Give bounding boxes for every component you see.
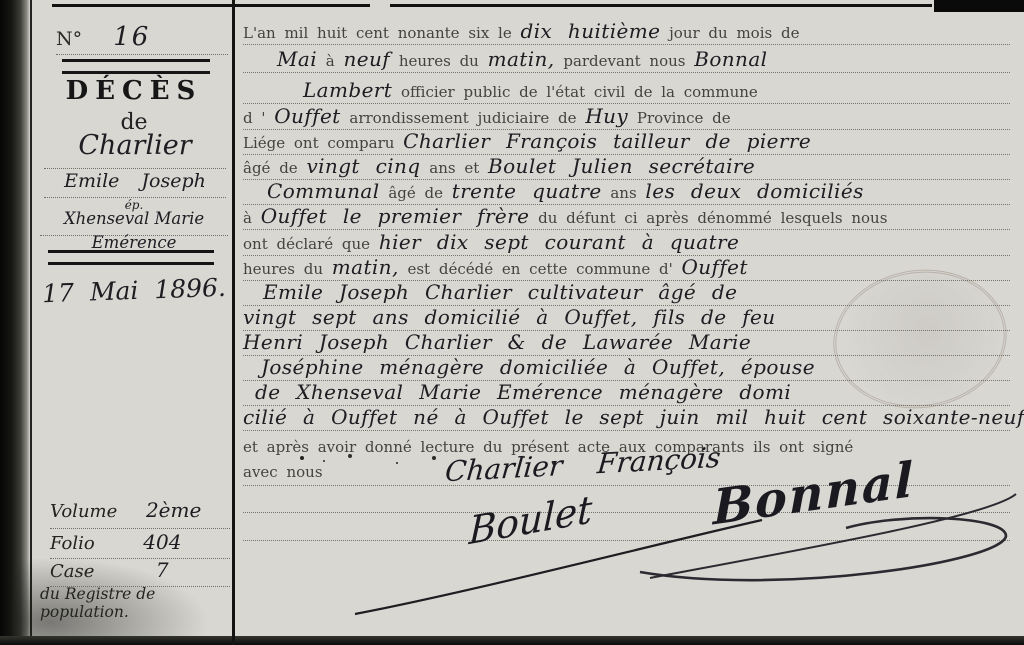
handwritten-entry: Henri Joseph Charlier & de Lawarée Marie — [243, 330, 751, 354]
handwritten-entry: de Xhenseval Marie Emérence ménagère dom… — [255, 380, 791, 404]
case-label: Case — [50, 561, 94, 582]
act-line-2: Mai à neuf heures du matin, pardevant no… — [243, 46, 1010, 73]
binding-edge-line — [30, 0, 32, 645]
handwritten-entry: matin, — [488, 47, 555, 71]
handwritten-entry: cilié à Ouffet né à Ouffet le sept juin … — [243, 405, 1024, 429]
printed-form-text: ans et — [421, 159, 489, 177]
act-line-20 — [243, 514, 1010, 541]
act-line-16: cilié à Ouffet né à Ouffet le sept juin … — [243, 404, 1010, 431]
printed-form-text: à — [243, 209, 261, 227]
printed-form-text: du défunt ci après dénommé lesquels nous — [529, 209, 887, 227]
margin-deceased-surname: Charlier — [44, 130, 226, 169]
printed-form-text: âgé de — [380, 184, 452, 202]
act-number-value: 16 — [113, 22, 150, 52]
handwritten-entry: Joséphine ménagère domiciliée à Ouffet, … — [261, 355, 815, 379]
case-value: 7 — [94, 558, 230, 582]
act-line-8: à Ouffet le premier frère du défunt ci a… — [243, 203, 1010, 230]
handwritten-entry: Bonnal — [694, 47, 767, 71]
folio-value: 404 — [95, 530, 230, 554]
handwritten-entry: vingt sept ans domicilié à Ouffet, fils … — [243, 305, 776, 329]
printed-form-text: avec nous — [243, 463, 323, 481]
book-binding-edge — [0, 0, 30, 645]
printed-form-text: jour du mois de — [660, 24, 799, 42]
handwritten-entry: Ouffet le premier frère — [261, 204, 530, 228]
handwritten-entry: dix huitième — [521, 19, 661, 43]
act-line-1: L'an mil huit cent nonante six le dix hu… — [243, 18, 1010, 45]
handwritten-entry: Ouffet — [274, 104, 340, 128]
act-line-7: Communal âgé de trente quatre ans les de… — [243, 178, 1010, 205]
volume-label: Volume — [50, 501, 117, 522]
printed-form-text: heures du — [390, 52, 488, 70]
act-number-row: N° 16 — [56, 22, 228, 55]
printed-form-text: d ' — [243, 109, 274, 127]
act-line-6: âgé de vingt cinq ans et Boulet Julien s… — [243, 153, 1010, 180]
printed-form-text: arrondissement judiciaire de — [341, 109, 586, 127]
volume-row: Volume 2ème — [50, 498, 230, 529]
handwritten-entry: Mai — [277, 47, 317, 71]
printed-form-text: ans — [602, 184, 646, 202]
top-right-corner-bar — [934, 0, 1024, 12]
case-row: Case 7 — [50, 558, 230, 587]
handwritten-entry: Boulet Julien secrétaire — [488, 154, 755, 178]
margin-deceased-firstnames: Emile Joseph — [44, 170, 226, 198]
printed-form-text: âgé de — [243, 159, 306, 177]
margin-divider-rule — [232, 0, 235, 645]
margin-spouse-name-line1: Xhenseval Marie — [40, 209, 228, 236]
top-rule-right — [390, 4, 932, 7]
handwritten-entry: Ouffet — [681, 255, 747, 279]
handwritten-entry: Emile Joseph Charlier cultivateur âgé de — [263, 280, 737, 304]
folio-row: Folio 404 — [50, 530, 230, 559]
act-line-9: ont déclaré que hier dix sept courant à … — [243, 229, 1010, 256]
printed-form-text: à — [317, 52, 343, 70]
folio-label: Folio — [50, 533, 95, 554]
handwritten-entry: neuf — [343, 47, 390, 71]
printed-form-text: heures du — [243, 260, 332, 278]
handwritten-entry: Huy — [585, 104, 628, 128]
printed-form-text: L'an mil huit cent nonante six le — [243, 24, 521, 42]
act-line-3: Lambert officier public de l'état civil … — [243, 77, 1010, 104]
handwritten-entry: trente quatre — [452, 179, 602, 203]
handwritten-entry: hier dix sept courant à quatre — [379, 230, 739, 254]
act-line-4: d ' Ouffet arrondissement judiciaire de … — [243, 103, 1010, 130]
double-rule-bottom — [48, 250, 214, 265]
handwritten-entry: matin, — [332, 255, 399, 279]
bottom-page-edge — [0, 636, 1024, 645]
ink-specks — [300, 456, 304, 460]
death-certificate-scan: N° 16 DÉCÈS de Charlier Emile Joseph ép.… — [0, 0, 1024, 645]
handwritten-entry: Communal — [267, 179, 380, 203]
double-rule-top — [62, 59, 210, 74]
printed-form-text: est décédé en cette commune d' — [399, 260, 682, 278]
printed-form-text: Province de — [628, 109, 731, 127]
printed-form-text: officier public de l'état civil de la co… — [392, 83, 758, 101]
act-line-5: Liége ont comparu Charlier François tail… — [243, 128, 1010, 155]
handwritten-entry: Charlier François tailleur de pierre — [403, 129, 811, 153]
printed-form-text: ont déclaré que — [243, 235, 379, 253]
handwritten-entry: vingt cinq — [306, 154, 420, 178]
margin-act-date: 17 Mai 1896. — [36, 273, 233, 309]
handwritten-entry: Lambert — [303, 78, 392, 102]
printed-form-text: pardevant nous — [555, 52, 695, 70]
top-rule-left — [52, 4, 370, 7]
volume-value: 2ème — [117, 498, 230, 522]
register-note: du Registre de population. — [40, 585, 232, 621]
handwritten-entry: les deux domiciliés — [645, 179, 863, 203]
act-number-label: N° — [56, 28, 82, 50]
printed-form-text: Liége ont comparu — [243, 134, 403, 152]
act-type-heading: DÉCÈS — [36, 76, 232, 106]
